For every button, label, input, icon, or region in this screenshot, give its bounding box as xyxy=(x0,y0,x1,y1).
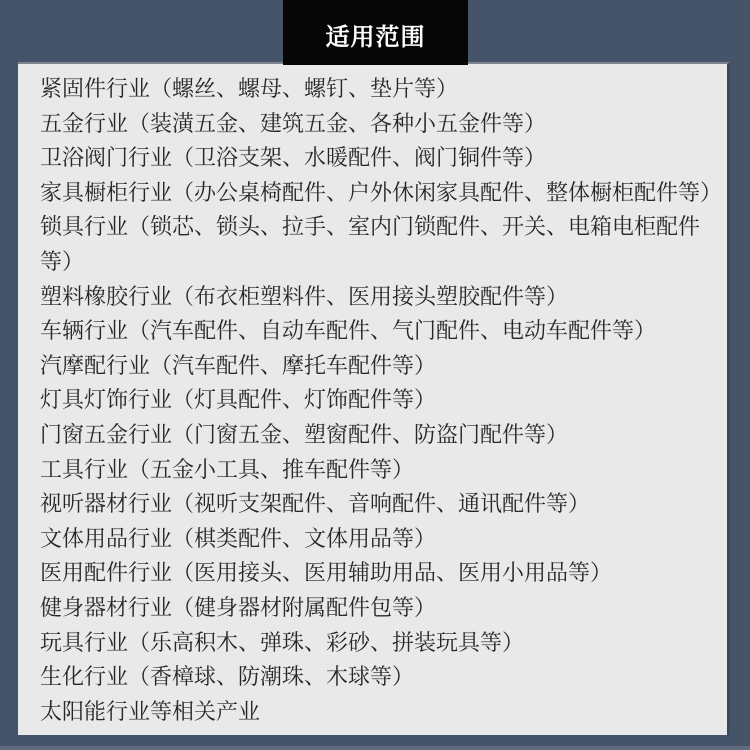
industry-list-item: 锁具行业（锁芯、锁头、拉手、室内门锁配件、开关、电箱电柜配件等） xyxy=(40,210,725,279)
industry-list-item: 五金行业（装潢五金、建筑五金、各种小五金件等） xyxy=(40,107,725,142)
header-badge: 适用范围 xyxy=(283,0,468,65)
page: 适用范围 紧固件行业（螺丝、螺母、螺钉、垫片等）五金行业（装潢五金、建筑五金、各… xyxy=(0,0,750,750)
industry-list-item: 门窗五金行业（门窗五金、塑窗配件、防盗门配件等） xyxy=(40,418,725,453)
industry-list-item: 塑料橡胶行业（布衣柜塑料件、医用接头塑胶配件等） xyxy=(40,280,725,315)
scope-panel: 紧固件行业（螺丝、螺母、螺钉、垫片等）五金行业（装潢五金、建筑五金、各种小五金件… xyxy=(18,62,730,735)
industry-list-item: 视听器材行业（视听支架配件、音响配件、通讯配件等） xyxy=(40,487,725,522)
industry-list-item: 紧固件行业（螺丝、螺母、螺钉、垫片等） xyxy=(40,72,725,107)
industry-list-item: 太阳能行业等相关产业 xyxy=(40,695,725,730)
industry-list-item: 玩具行业（乐高积木、弹珠、彩砂、拼装玩具等） xyxy=(40,626,725,661)
industry-list: 紧固件行业（螺丝、螺母、螺钉、垫片等）五金行业（装潢五金、建筑五金、各种小五金件… xyxy=(18,64,727,735)
bottom-edge-strip xyxy=(0,746,750,750)
industry-list-item: 生化行业（香樟球、防潮珠、木球等） xyxy=(40,660,725,695)
page-title: 适用范围 xyxy=(326,13,426,52)
industry-list-item: 家具橱柜行业（办公桌椅配件、户外休闲家具配件、整体橱柜配件等） xyxy=(40,176,725,211)
industry-list-item: 灯具灯饰行业（灯具配件、灯饰配件等） xyxy=(40,383,725,418)
industry-list-item: 车辆行业（汽车配件、自动车配件、气门配件、电动车配件等） xyxy=(40,314,725,349)
industry-list-item: 健身器材行业（健身器材附属配件包等） xyxy=(40,591,725,626)
industry-list-item: 汽摩配行业（汽车配件、摩托车配件等） xyxy=(40,349,725,384)
industry-list-item: 工具行业（五金小工具、推车配件等） xyxy=(40,453,725,488)
industry-list-item: 文体用品行业（棋类配件、文体用品等） xyxy=(40,522,725,557)
industry-list-item: 卫浴阀门行业（卫浴支架、水暖配件、阀门铜件等） xyxy=(40,141,725,176)
industry-list-item: 医用配件行业（医用接头、医用辅助用品、医用小用品等） xyxy=(40,556,725,591)
